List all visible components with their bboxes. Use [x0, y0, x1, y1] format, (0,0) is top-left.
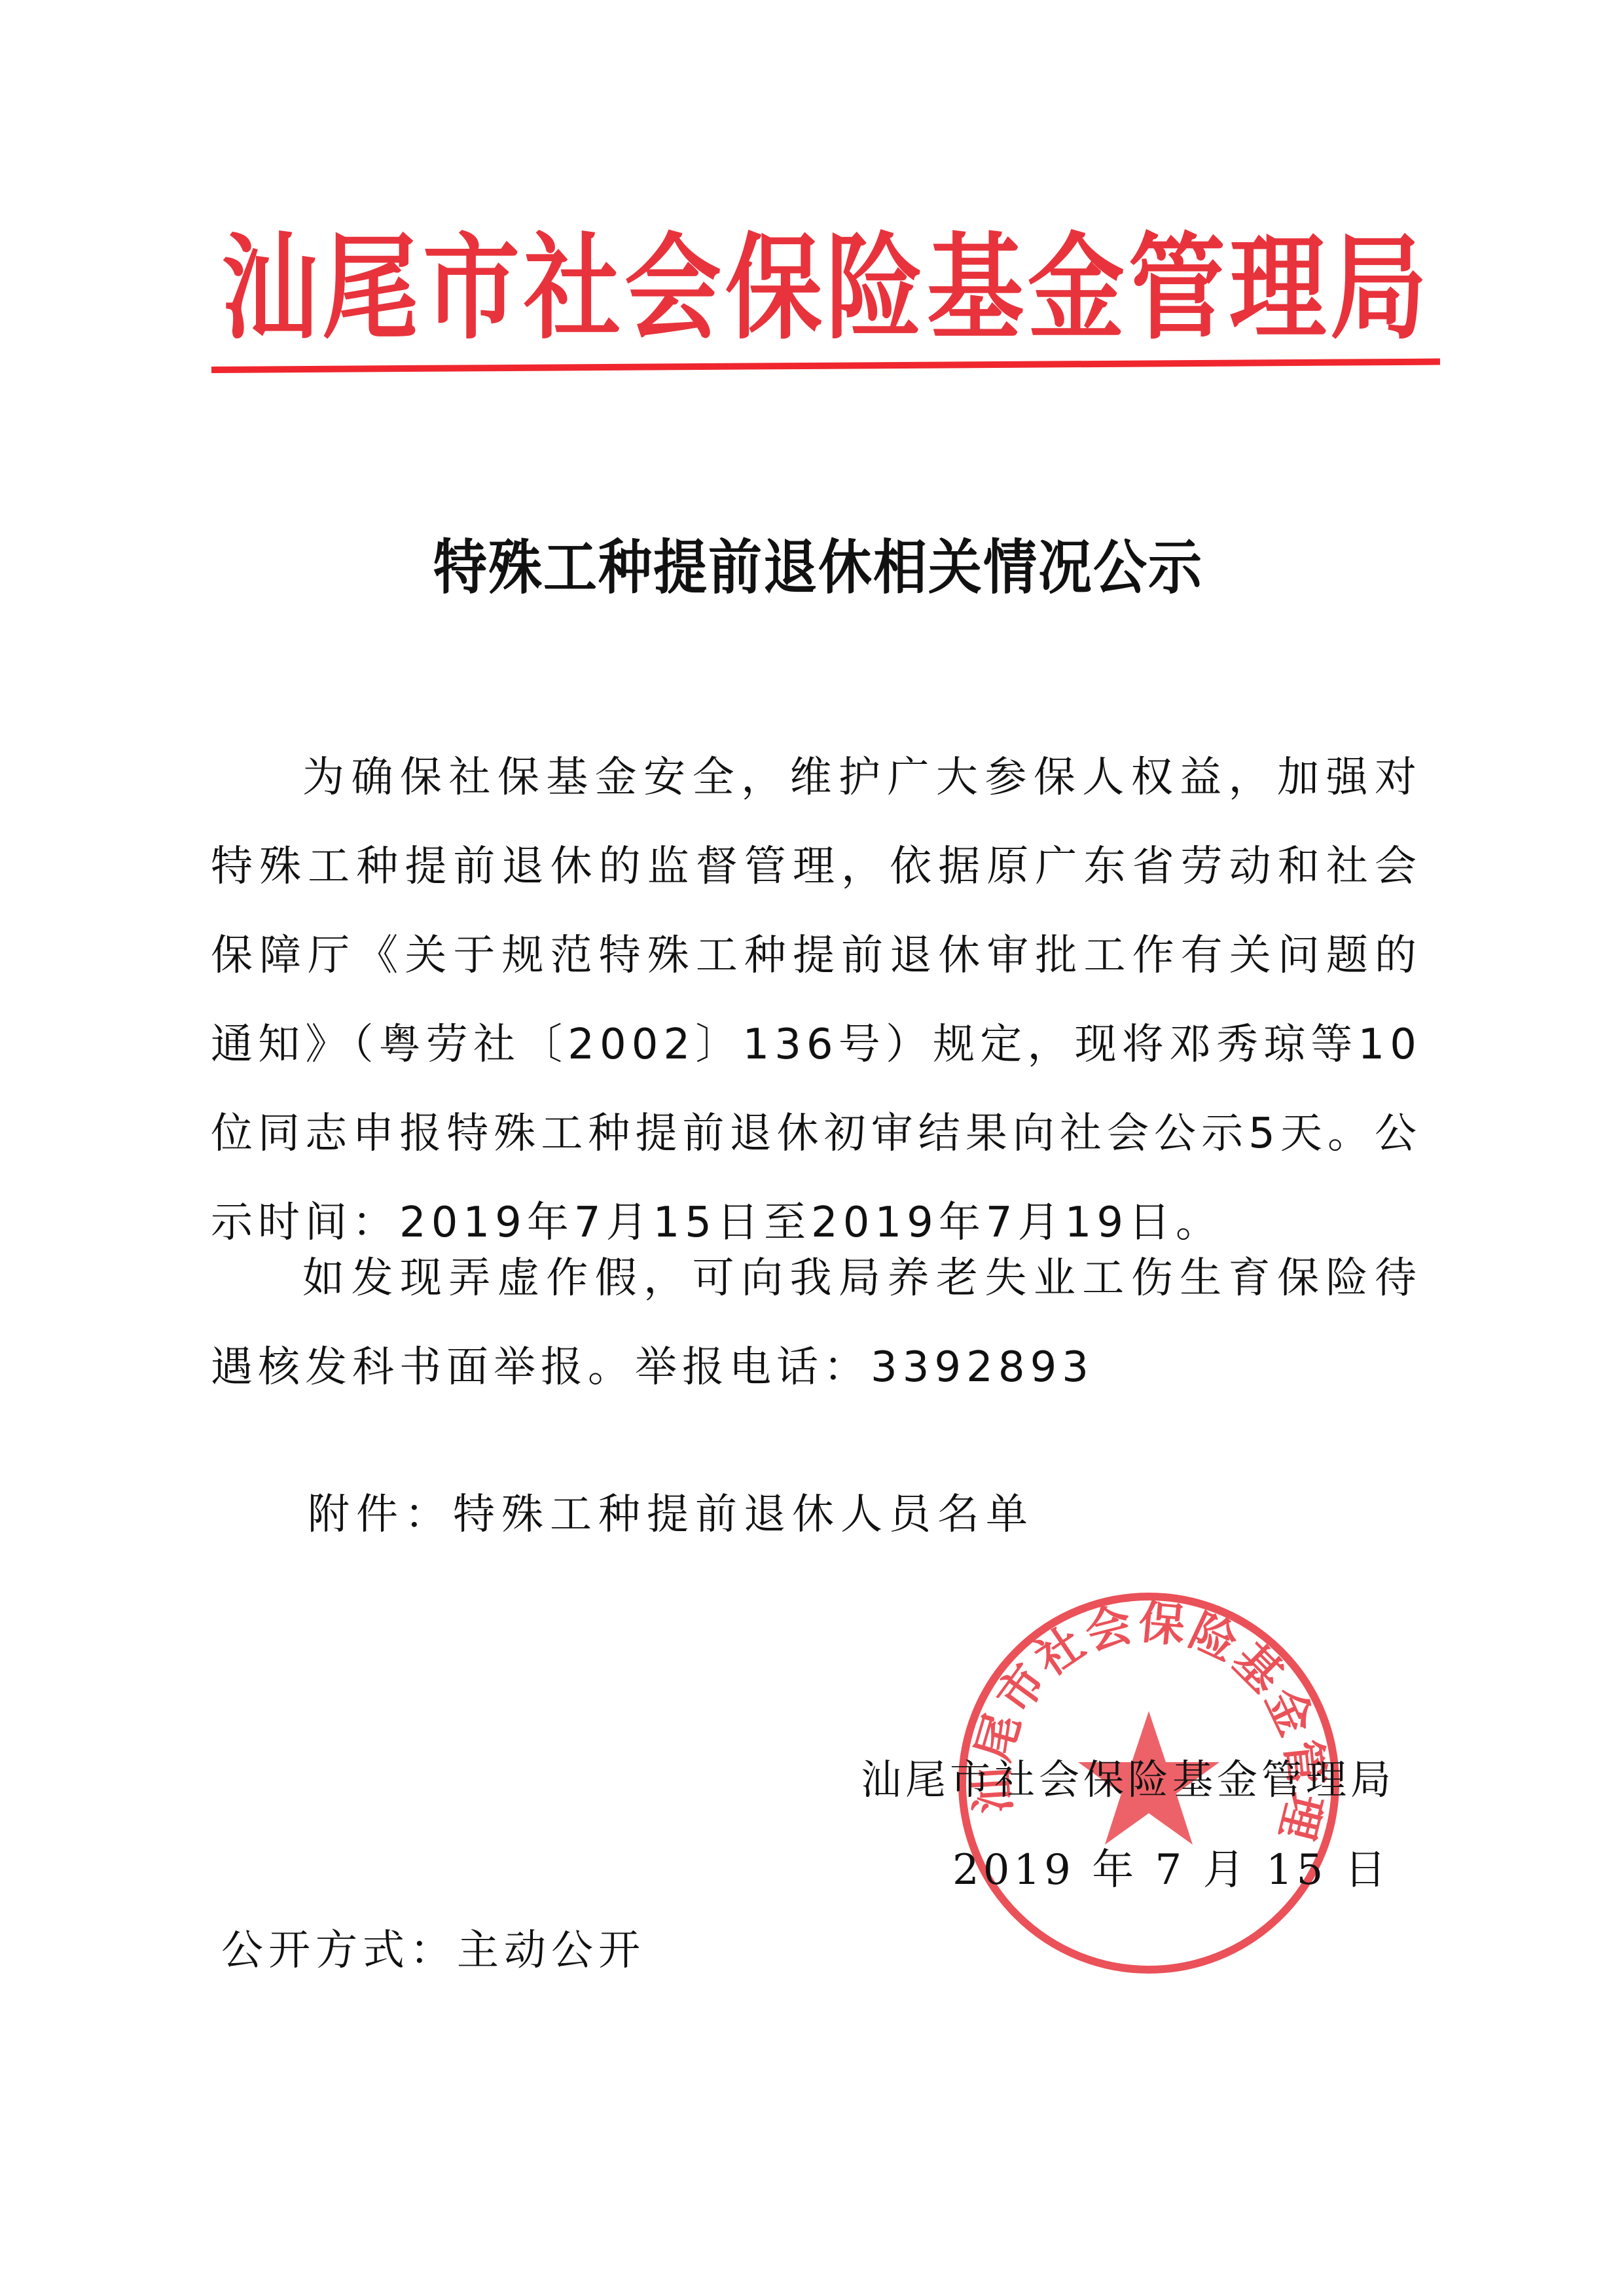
masthead-red-rule: [211, 359, 1440, 373]
document-page: 汕尾市社会保险基金管理局 特殊工种提前退休相关情况公示 为确保社保基金安全，维护…: [0, 0, 1624, 2295]
masthead-organization: 汕尾市社会保险基金管理局: [211, 230, 1441, 345]
document-title: 特殊工种提前退休相关情况公示: [367, 538, 1270, 597]
disclosure-method: 公开方式：主动公开: [221, 1930, 645, 1972]
signature-organization: 汕尾市社会保险基金管理局: [861, 1760, 1395, 1800]
body-paragraph-1: 为确保社保基金安全，维护广大参保人权益，加强对特殊工种提前退休的监督管理，依据原…: [211, 733, 1422, 1267]
attachment-line: 附件：特殊工种提前退休人员名单: [308, 1494, 1034, 1536]
body-paragraph-2: 如发现弄虚作假，可向我局养老失业工伤生育保险待遇核发科书面举报。举报电话：339…: [211, 1234, 1422, 1412]
signature-date: 2019 年 7 月 15 日: [952, 1849, 1390, 1891]
